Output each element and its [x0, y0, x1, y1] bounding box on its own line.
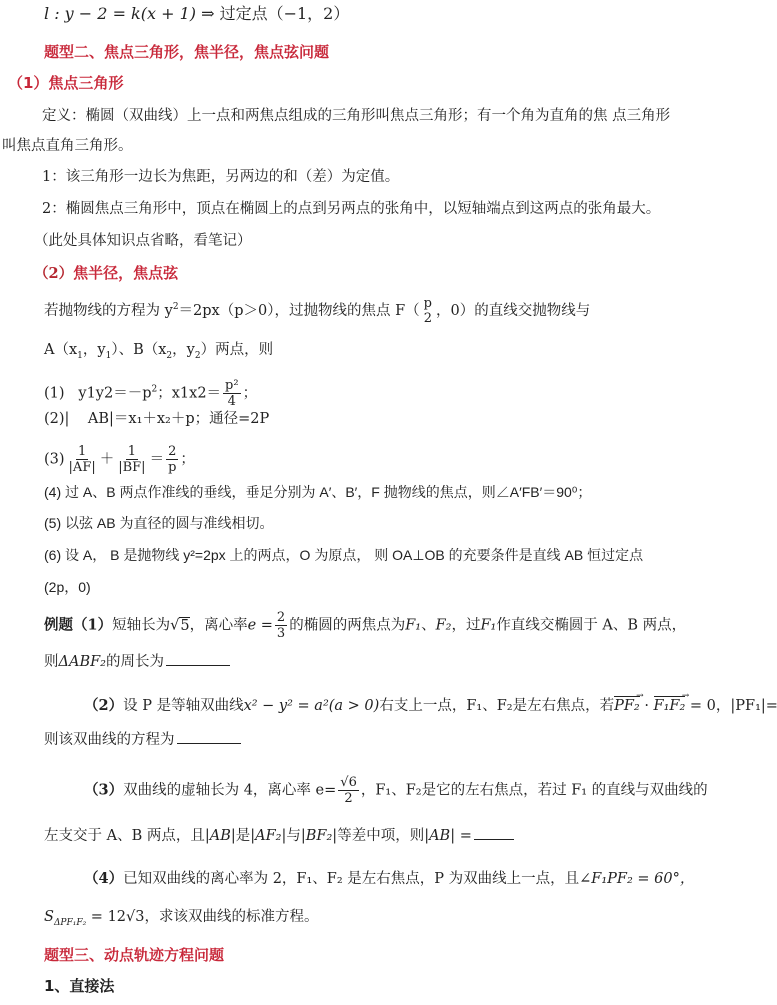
line-equation: l : y − 2 = k(x + 1) ⇒: [44, 4, 220, 23]
example-3-line-2: 左支交于 A、B 两点，且|AB|是|AF₂|与|BF₂|等差中项，则|AB| …: [44, 826, 514, 846]
note: （此处具体知识点省略，看笔记）: [34, 231, 252, 251]
subsection-1-title: （1）焦点三角形: [8, 73, 123, 94]
example-2-line-2: 则该双曲线的方程为: [44, 730, 241, 750]
fraction-sqrt6-over-2: √62: [338, 775, 359, 806]
property-1: 1：该三角形一边长为焦距，另两边的和（差）为定值。: [42, 167, 399, 187]
line-fixed-point: l : y − 2 = k(x + 1) ⇒ 过定点（−1，2）: [44, 4, 349, 24]
answer-blank: [474, 838, 514, 840]
fraction-p-over-2: p2: [422, 296, 434, 326]
example-label: 例题: [44, 618, 73, 634]
fixed-point-text: 过定点（−1，2）: [220, 4, 350, 23]
property-item-4: (4) 过 A、B 两点作准线的垂线，垂足分别为 A′、B′，F 抛物线的焦点，…: [44, 482, 591, 502]
fraction-p2-over-4: p²4: [223, 378, 241, 409]
parabola-intro: 若抛物线的方程为 y2＝2px（p＞0），过抛物线的焦点 F（p2，0）的直线交…: [44, 296, 590, 326]
definition-line-2: 叫焦点直角三角形。: [2, 136, 133, 156]
property-item-5: (5) 以弦 AB 为直径的圆与准线相切。: [44, 513, 273, 533]
property-item-6: (6) 设 A， B 是抛物线 y²=2px 上的两点，O 为原点， 则 OA⊥…: [44, 545, 643, 565]
example-1: 例题（1）短轴长为√5，离心率e =23的椭圆的两焦点为F₁、F₂，过F₁作直线…: [44, 610, 686, 641]
example-2: （2）设 P 是等轴双曲线x² − y² = a²(a > 0)右支上一点，F₁…: [84, 696, 777, 716]
subsection-2-title: （2）焦半径，焦点弦: [34, 263, 178, 284]
example-1-line-2: 则ΔABF₂的周长为: [44, 652, 230, 672]
fraction-2-over-p: 2p: [166, 444, 178, 475]
method-1-direct: 1、直接法: [44, 976, 114, 996]
answer-blank: [166, 664, 230, 666]
section-2-title: 题型二、焦点三角形，焦半径，焦点弦问题: [44, 42, 329, 62]
answer-blank: [177, 742, 241, 744]
fraction-2-over-3: 23: [275, 610, 287, 641]
property-item-3: (3)1|AF|＋1|BF|＝2p；: [44, 444, 195, 475]
example-4: （4）已知双曲线的离心率为 2，F₁、F₂ 是左右焦点，P 为双曲线上一点，且∠…: [84, 869, 694, 889]
example-4-line-2: SΔPF₁F₂ = 12√3，求该双曲线的标准方程。: [44, 907, 319, 927]
fraction-1-over-bf: 1|BF|: [116, 444, 147, 475]
subsection-1-label: （1）焦点三角形: [8, 74, 123, 92]
example-3: （3）双曲线的虚轴长为 4，离心率 e=√62，F₁、F₂是它的左右焦点，若过 …: [84, 775, 708, 806]
points-ab: A（x1，y1）、B（x2，y2）两点，则: [44, 340, 273, 360]
property-item-6-cont: (2p，0): [44, 577, 91, 597]
property-2: 2：椭圆焦点三角形中，顶点在椭圆上的点到另两点的张角中，以短轴端点到这两点的张角…: [42, 199, 660, 219]
property-item-2: (2)| AB|＝x₁＋x₂＋p；通径=2P: [44, 409, 269, 429]
property-item-1: (1) y1y2＝－p2；x1x2＝p²4；: [44, 378, 257, 409]
definition-line-1: 定义：椭圆（双曲线）上一点和两焦点组成的三角形叫焦点三角形；有一个角为直角的焦 …: [42, 106, 670, 126]
fraction-1-over-af: 1|AF|: [67, 444, 98, 475]
section-3-title: 题型三、动点轨迹方程问题: [44, 945, 224, 965]
